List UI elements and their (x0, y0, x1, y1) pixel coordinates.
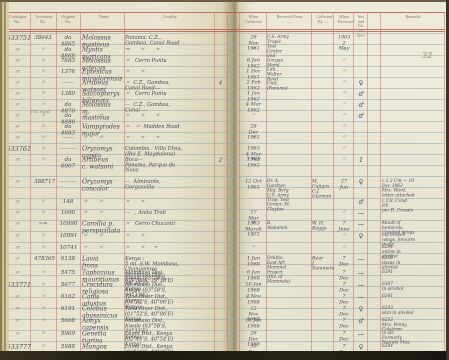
ledger-cell-rem: 6243 skin in alcohol (382, 306, 415, 315)
ledger-cell-rem: 6241 (382, 294, 415, 299)
ledger-cell-num: 2 (216, 157, 225, 163)
ledger-cell-loc: — , Anita Trail (125, 210, 183, 216)
column-rule (239, 12, 240, 352)
column-rule (380, 12, 381, 352)
ledger-cell-cat: 〃 (7, 102, 28, 109)
ledger-cell-recvd: 〃 (338, 80, 350, 85)
column-header-acc: Accession No. (35, 15, 51, 24)
ledger-cell-sex: 1 (355, 157, 366, 164)
column-header-orig: Original No. (61, 15, 75, 24)
ledger-cell-name: 〃 〃 (82, 113, 115, 120)
ledger-cell-sex: — (355, 270, 366, 277)
ledger-cell-cat: 〃 (7, 199, 28, 206)
ledger-cell-name: 〃 〃 (82, 199, 115, 206)
ledger-cell-sex: ♀ (355, 233, 366, 240)
ledger-cell-acc: 〃 (34, 270, 52, 276)
ledger-cell-rem: 6291 (382, 270, 415, 275)
ledger-cell-orig: 1380 (60, 91, 77, 97)
column-rule (227, 12, 228, 352)
ledger-cell-cat: 〃 (7, 294, 28, 301)
ledger-cell-name: 〃 〃 (82, 135, 115, 142)
ledger-cell-when: 6 Jun 1968 (245, 270, 262, 281)
ledger-cell-cat: 〃 (7, 306, 28, 313)
ledger-cell-recvd: 7 Dec (338, 270, 350, 281)
ledger-cell-acc: ~≈ (34, 221, 52, 227)
ledger-cell-orig: 10990 (60, 221, 77, 227)
ledger-cell-orig: ——— (60, 146, 77, 152)
ledger-cell-loc: 〃 〃 〃 (125, 135, 183, 141)
ledger-cell-when: 〃 (245, 135, 262, 140)
ledger-cell-num: 4 (216, 80, 225, 86)
ledger-cell-acc: 〃 (34, 80, 52, 86)
ledger-cell-cat: 〃 (7, 221, 28, 228)
column-rule (30, 12, 31, 352)
ledger-cell-acc: 〃 (34, 306, 52, 312)
ledger-cell-loc: 〃 Cerro Punta (125, 58, 183, 64)
ledger-cell-acc: 38643 (34, 35, 52, 41)
ledger-cell-loc: 〃 Cerro Punta (125, 91, 183, 97)
ledger-cell-cat: 〃 (7, 124, 28, 131)
column-header-recvd: When Received (338, 15, 350, 24)
ledger-cell-when: 1 Jun 1968 (245, 256, 262, 267)
ledger-cell-orig: ——— (60, 179, 77, 185)
column-rule (80, 12, 81, 352)
ledger-cell-loc: 〃 〃 Madden Road (125, 124, 183, 130)
ledger-cell-orig: 5608 (60, 318, 77, 324)
ledger-cell-when: 2 Feb 1962 (245, 80, 262, 91)
ledger-cell-acc: 478365 (34, 256, 52, 262)
ledger-cell-recvd: 〃 (338, 245, 350, 250)
ledger-cell-when: 〃 (245, 47, 262, 52)
ledger-cell-recvd: 〃 (338, 135, 350, 140)
ledger-cell-when: 〃 (245, 113, 262, 118)
ledger-cell-sex: ♀ (355, 80, 366, 87)
ledger-cell-loc: Boca— Panama, Parque de Nova (125, 157, 183, 174)
ledger-cell-acc: 〃 (34, 157, 52, 163)
ledger-cell-when: 4 Nov 1968 (245, 294, 262, 305)
ledger-cell-loc: 〃 〃 (125, 199, 183, 205)
ledger-cell-when: 4 Mar 1962 (245, 102, 262, 113)
ledger-cell-recv: B. Alakamin (267, 221, 291, 230)
ledger-cell-acc: 〃 (34, 331, 52, 337)
pencil-note: int mod (31, 110, 50, 115)
ledger-cell-name: 〃 〃 (82, 233, 115, 240)
ledger-cell-loc: 〃 Cerro Chucanti (125, 221, 183, 227)
ledger-cell-acc: 〃 (34, 318, 52, 324)
ledger-cell-when: 12 Oct 1961 (245, 179, 262, 190)
ledger-book-scan: Catalogue No.Accession No.Original No.Na… (0, 0, 449, 360)
ledger-cell-loc: 〃 〃 〃 (125, 245, 183, 251)
ledger-cell-orig: 10741 (60, 245, 77, 251)
ledger-cell-recvd: 〃 (338, 146, 350, 151)
ledger-cell-acc: 〃 (34, 47, 52, 53)
ledger-cell-when: 7 Feb 1962 (245, 157, 262, 168)
ledger-cell-acc: 〃 (34, 124, 52, 130)
ledger-cell-cat: 〃 (7, 135, 28, 142)
ledger-cell-sex: — (355, 210, 366, 217)
ledger-cell-sex: ♀ (355, 179, 366, 186)
ledger-cell-orig: —— (60, 80, 77, 86)
ledger-cell-orig: 6191 (60, 306, 77, 312)
ledger-cell-recvd: 7 Dec (338, 294, 350, 305)
ledger-cell-recvd: 〃 (338, 102, 350, 107)
ledger-cell-sex: — (355, 256, 366, 263)
ledger-cell-loc: 〃 〃 (125, 233, 183, 239)
ledger-cell-recvd: 〃 (338, 69, 350, 74)
column-header-loc: Locality (143, 15, 197, 20)
ledger-cell-name: Aonyx capensis (82, 318, 115, 331)
book-edge-top (0, 0, 449, 2)
ledger-cell-sex: — (355, 282, 366, 289)
ledger-cell-orig: 6138 (60, 256, 77, 262)
ledger-cell-when: 10 Jun 1968 (245, 282, 262, 293)
ledger-cell-orig: 1376 (60, 69, 77, 75)
ledger-cell-rem: 6258 tissue in alcohol (382, 256, 415, 270)
column-header-sex: Sex and No. of Spec. (357, 15, 365, 38)
ledger-cell-sex: ♂ (355, 318, 366, 325)
ledger-cell-cat: 〃 (7, 245, 28, 252)
ledger-cell-recvd: 〃 (338, 91, 350, 96)
ledger-cell-loc: 〃 〃 (125, 69, 183, 75)
ledger-cell-cat: 〃 (7, 233, 28, 240)
ledger-cell-cat: 〃 (7, 157, 28, 164)
ledger-cell-cat: 533777 (7, 344, 28, 351)
ledger-cell-recv: U.S. Army Tropic Test Center and Gorgas … (267, 35, 291, 91)
ledger-cell-when: 1 Dec 1961 (245, 69, 262, 80)
ledger-cell-when: 18 Jun 1968 (245, 318, 262, 329)
ledger-cell-orig: 5969 (60, 331, 77, 337)
ledger-cell-orig: 1090 (60, 210, 77, 216)
page-edge-left (0, 2, 9, 352)
ledger-cell-sex: ♂ (355, 91, 366, 98)
ledger-cell-acc: 〃 (34, 58, 52, 64)
ledger-cell-coll: Rear J. Summers (312, 256, 325, 271)
pencil-note: 32 (422, 52, 432, 61)
ledger-cell-when: 〃 (245, 245, 262, 250)
ledger-cell-sex: ♂ (355, 199, 366, 206)
column-rule (367, 12, 368, 352)
ledger-cell-recvd: 〃 (338, 233, 350, 238)
ledger-cell-cat: 533761 (7, 146, 28, 153)
ledger-cell-rem: 6307 in alcohol (382, 282, 415, 291)
ledger-cell-sex: ♀ (355, 306, 366, 313)
ledger-cell-recvd: 7 Dec (338, 306, 350, 317)
ledger-cell-cat: 〃 (7, 318, 28, 325)
column-rule (56, 12, 57, 352)
ledger-cell-acc: 〃 (34, 91, 52, 97)
ledger-cell-cat: 〃 (7, 270, 28, 277)
ledger-cell-orig: da 6007 (60, 157, 77, 169)
ledger-cell-recvd: 〃 (338, 157, 350, 162)
ledger-cell-sex: ♂ (355, 102, 366, 109)
ledger-cell-coll: W. H. Baggs (312, 221, 325, 231)
ledger-cell-acc: 〃 (34, 294, 52, 300)
ledger-cell-sex: ♀ (355, 344, 366, 351)
ledger-cell-acc: 〃 (34, 282, 52, 288)
ledger-cell-recvd: 7 June (338, 221, 350, 232)
ledger-cell-orig: 5677 (60, 282, 77, 288)
ledger-cell-name: Oryzomys concolor (82, 179, 115, 192)
ledger-cell-acc: 〃 (34, 344, 52, 350)
ledger-cell-cat: 〃 (7, 256, 28, 263)
ledger-cell-acc: 〃 (34, 69, 52, 75)
ledger-cell-recvd: 27 Jun (338, 179, 350, 190)
ledger-cell-rem: c 2.3 Cm — 10 Dec 1963 Mrs. Ward, letter… (382, 179, 415, 198)
ledger-cell-orig: 10991 (60, 233, 77, 239)
column-header-coll: Collected By — (316, 15, 329, 24)
ledger-cell-loc: — Almirante, Gorgasville (125, 179, 183, 190)
ledger-cell-loc: 〃 〃 〃 (125, 113, 183, 119)
ledger-cell-recvd: 〃 (338, 210, 350, 215)
ledger-cell-sex: — (355, 331, 366, 338)
ledger-cell-recvd: 〃 (338, 124, 350, 129)
book-edge-bottom (0, 351, 449, 360)
ledger-cell-recvd: 7 Dec (338, 282, 350, 293)
ledger-cell-cat: 〃 (7, 91, 28, 98)
ledger-cell-cat: 〃 (7, 331, 28, 338)
ledger-cell-orig: 5475 (60, 270, 77, 276)
ledger-cell-acc: 〃 (34, 135, 52, 141)
ledger-cell-acc: 〃 (34, 102, 52, 108)
ledger-cell-orig: 148 (60, 199, 77, 205)
ledger-cell-name: 〃 〃 (82, 210, 115, 217)
ledger-cell-loc: 〃 〃 〃 (125, 47, 183, 53)
ledger-cell-recvd: 〃 (338, 47, 350, 52)
ledger-cell-rem: 6284 (382, 344, 415, 349)
ledger-cell-acc: 388717 (34, 179, 52, 185)
column-header-name: Name (91, 15, 117, 20)
ledger-cell-cat: 533751 (7, 35, 28, 42)
ledger-cell-acc: 〃 (34, 233, 52, 239)
column-header-rem: Remarks (394, 15, 431, 20)
ledger-cell-rem: c 2.8, Cond. P.F. per R. Crossin (382, 199, 415, 213)
ledger-cell-sex: — (355, 221, 366, 228)
ledger-cell-acc: 〃 (34, 245, 52, 251)
ledger-cell-orig: 7683 (60, 58, 77, 64)
ledger-cell-cat: 〃 (7, 80, 28, 87)
column-header-recv: Received From — (276, 15, 303, 24)
column-rule (214, 12, 215, 352)
ledger-cell-acc: 〃 (34, 210, 52, 216)
ledger-cell-cat: 〃 (7, 47, 28, 54)
ledger-cell-cat: 〃 (7, 69, 28, 76)
ledger-cell-acc: 〃 (34, 199, 52, 205)
ledger-cell-cat: 533771 (7, 282, 28, 289)
column-rule (353, 12, 354, 352)
ledger-cell-orig: 6162 (60, 294, 77, 300)
ledger-cell-cat: 〃 (7, 179, 28, 186)
ledger-cell-when: 6 Jan 1962 (245, 58, 262, 69)
ledger-cell-recv: Dr. A. Gardner, Maj. Berg U.S. Army Trop… (267, 179, 291, 212)
ledger-cell-orig: —— (60, 135, 77, 141)
ledger-cell-cat: 〃 (7, 210, 28, 217)
ledger-cell-cat: 〃 (7, 113, 28, 120)
ledger-cell-sex: ♂ (355, 113, 366, 120)
ledger-cell-orig: da 4865 (60, 35, 77, 47)
column-rule (444, 12, 445, 352)
ledger-cell-recv: Smiths. East Afr. Mammal Project (Div. o… (267, 256, 291, 284)
ledger-cell-orig: 5988 (60, 344, 77, 350)
ledger-cell-recvd: 7 Dec (338, 256, 350, 267)
ledger-cell-recvd: 7 Dec (338, 318, 350, 329)
ledger-cell-name: 〃 〃 (82, 245, 115, 252)
ledger-cell-acc: 〃 (34, 146, 52, 152)
ledger-cell-name: Artibeus c. watsoni (82, 157, 115, 170)
ledger-cell-sex: — (355, 294, 366, 301)
column-header-when: When Collected (245, 15, 261, 24)
ledger-cell-when: 1 Jan 1962 (245, 91, 262, 102)
ledger-cell-recvd: 〃 (338, 113, 350, 118)
ledger-cell-recvd: 7 Dec (338, 331, 350, 342)
ledger-cell-coll: M. Cajigas C.J. Guzman (312, 179, 325, 199)
column-rule (333, 12, 334, 352)
column-header-cat: Catalogue No. (9, 15, 25, 24)
ledger-cell-name: Genetta tigrina (82, 331, 115, 344)
ledger-cell-cat: 〃 (7, 58, 28, 65)
ledger-cell-when: 〃 (245, 233, 262, 238)
ledger-cell-name: Lavia frons (82, 256, 115, 269)
ledger-cell-recvd: 〃 (338, 58, 350, 63)
